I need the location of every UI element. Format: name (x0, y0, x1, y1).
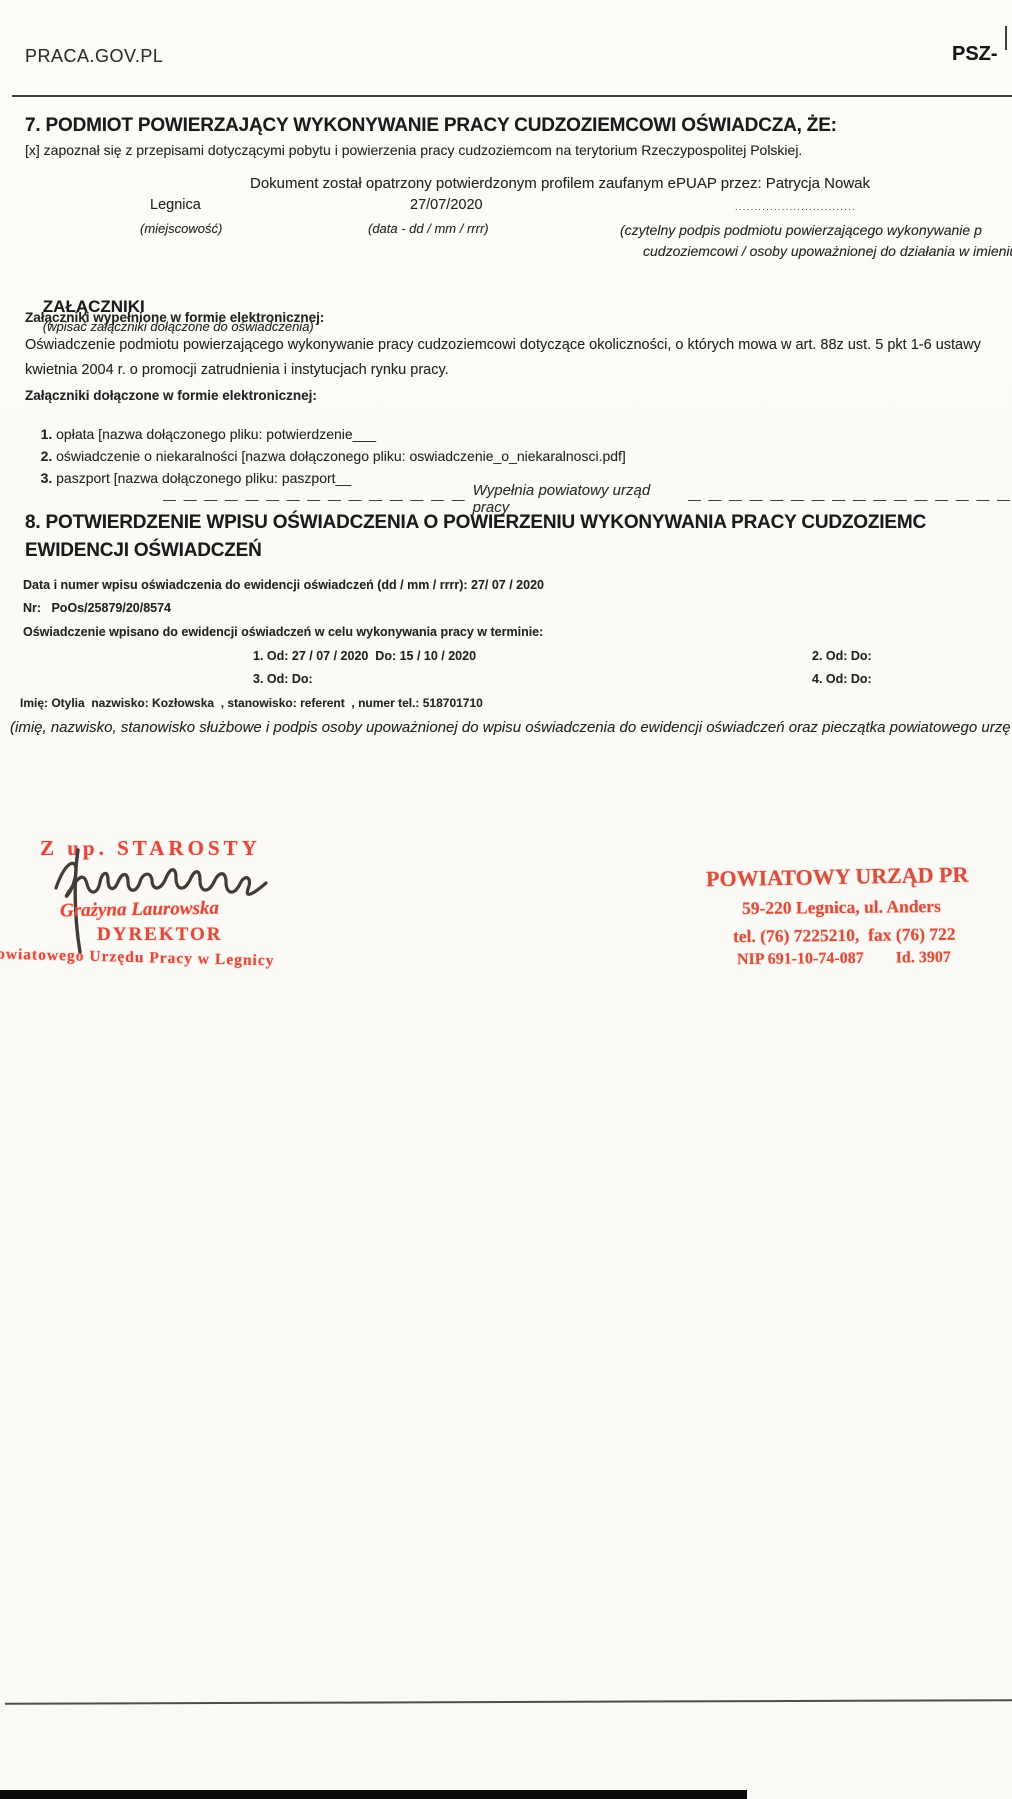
divider-dashes-right: — — — — — — — — — — — — — — — — (688, 492, 1012, 507)
clerk-line: Imię: Otylia nazwisko: Kozłowska , stano… (20, 697, 483, 711)
entry-number-line: Nr: PoOs/25879/20/8574 (23, 601, 171, 615)
right-stamp-nip-line: NIP 691-10-74-087 Id. 3907 (737, 949, 951, 970)
attached-attachments-heading: Załączniki dołączone w formie elektronic… (25, 388, 317, 404)
date-label: (data - dd / mm / rrrr) (368, 222, 489, 237)
filled-attachments-text-line1: Oświadczenie podmiotu powierzającego wyk… (25, 337, 981, 354)
right-stamp-address-line: 59-220 Legnica, ul. Anders (742, 896, 941, 918)
clerk-caption: (imię, nazwisko, stanowisko służbowe i p… (10, 719, 1011, 736)
header-rule (12, 95, 1012, 97)
work-period-4: 4. Od: Do: (812, 672, 872, 686)
work-period-2: 2. Od: Do: (812, 649, 872, 663)
work-periods-heading: Oświadczenie wpisano do ewidencji oświad… (23, 625, 543, 639)
place-label: (miejscowość) (140, 222, 222, 237)
form-code: PSZ- (952, 43, 998, 66)
brand-logo: PRACA.GOV.PL (25, 46, 163, 67)
footer-rule (5, 1699, 1012, 1705)
date-value: 27/07/2020 (410, 197, 483, 214)
pup-section-divider: — — — — — — — — — — — — — — — Wypełnia p… (163, 482, 1012, 516)
divider-label: Wypełnia powiatowy urząd pracy (473, 482, 682, 516)
place-value: Legnica (150, 197, 201, 214)
filled-attachments-text-line2: kwietnia 2004 r. o promocji zatrudnienia… (25, 362, 449, 379)
signature-dotted-line: ............................... (735, 202, 856, 212)
scan-artifact-line (1005, 26, 1007, 50)
attachment-item-number: 3. (41, 470, 53, 486)
scan-artifact-bar (0, 1790, 747, 1799)
section8-title-line2: EWIDENCJI OŚWIADCZEŃ (25, 540, 262, 562)
filled-attachments-heading: Załączniki wypełnione w formie elektroni… (25, 310, 324, 326)
document-page: PRACA.GOV.PL PSZ- 7. PODMIOT POWIERZAJĄC… (0, 0, 1012, 1799)
signature-label-line1: (czytelny podpis podmiotu powierzającego… (620, 222, 982, 238)
signature-label-line2: cudzoziemcowi / osoby upoważnionej do dz… (643, 243, 1012, 259)
left-stamp-name-line: Grażyna Laurowska (60, 898, 219, 923)
left-stamp-role-line: DYREKTOR (97, 924, 222, 946)
right-stamp-phone-line: tel. (76) 7225210, fax (76) 722 (733, 924, 956, 946)
entry-date-line: Data i numer wpisu oświadczenia do ewide… (23, 578, 544, 592)
section8-title-line1: 8. POTWIERDZENIE WPISU OŚWIADCZENIA O PO… (25, 512, 926, 534)
consent-statement: [x] zapoznał się z przepisami dotyczącym… (25, 142, 802, 158)
work-period-1: 1. Od: 27 / 07 / 2020 Do: 15 / 10 / 2020 (253, 649, 476, 663)
section7-title: 7. PODMIOT POWIERZAJĄCY WYKONYWANIE PRAC… (25, 115, 837, 137)
epuap-confirmation: Dokument został opatrzony potwierdzonym … (250, 175, 870, 192)
work-period-3: 3. Od: Do: (253, 672, 313, 686)
right-stamp-office-name: POWIATOWY URZĄD PR (706, 862, 969, 892)
divider-dashes-left: — — — — — — — — — — — — — — — (163, 492, 467, 507)
